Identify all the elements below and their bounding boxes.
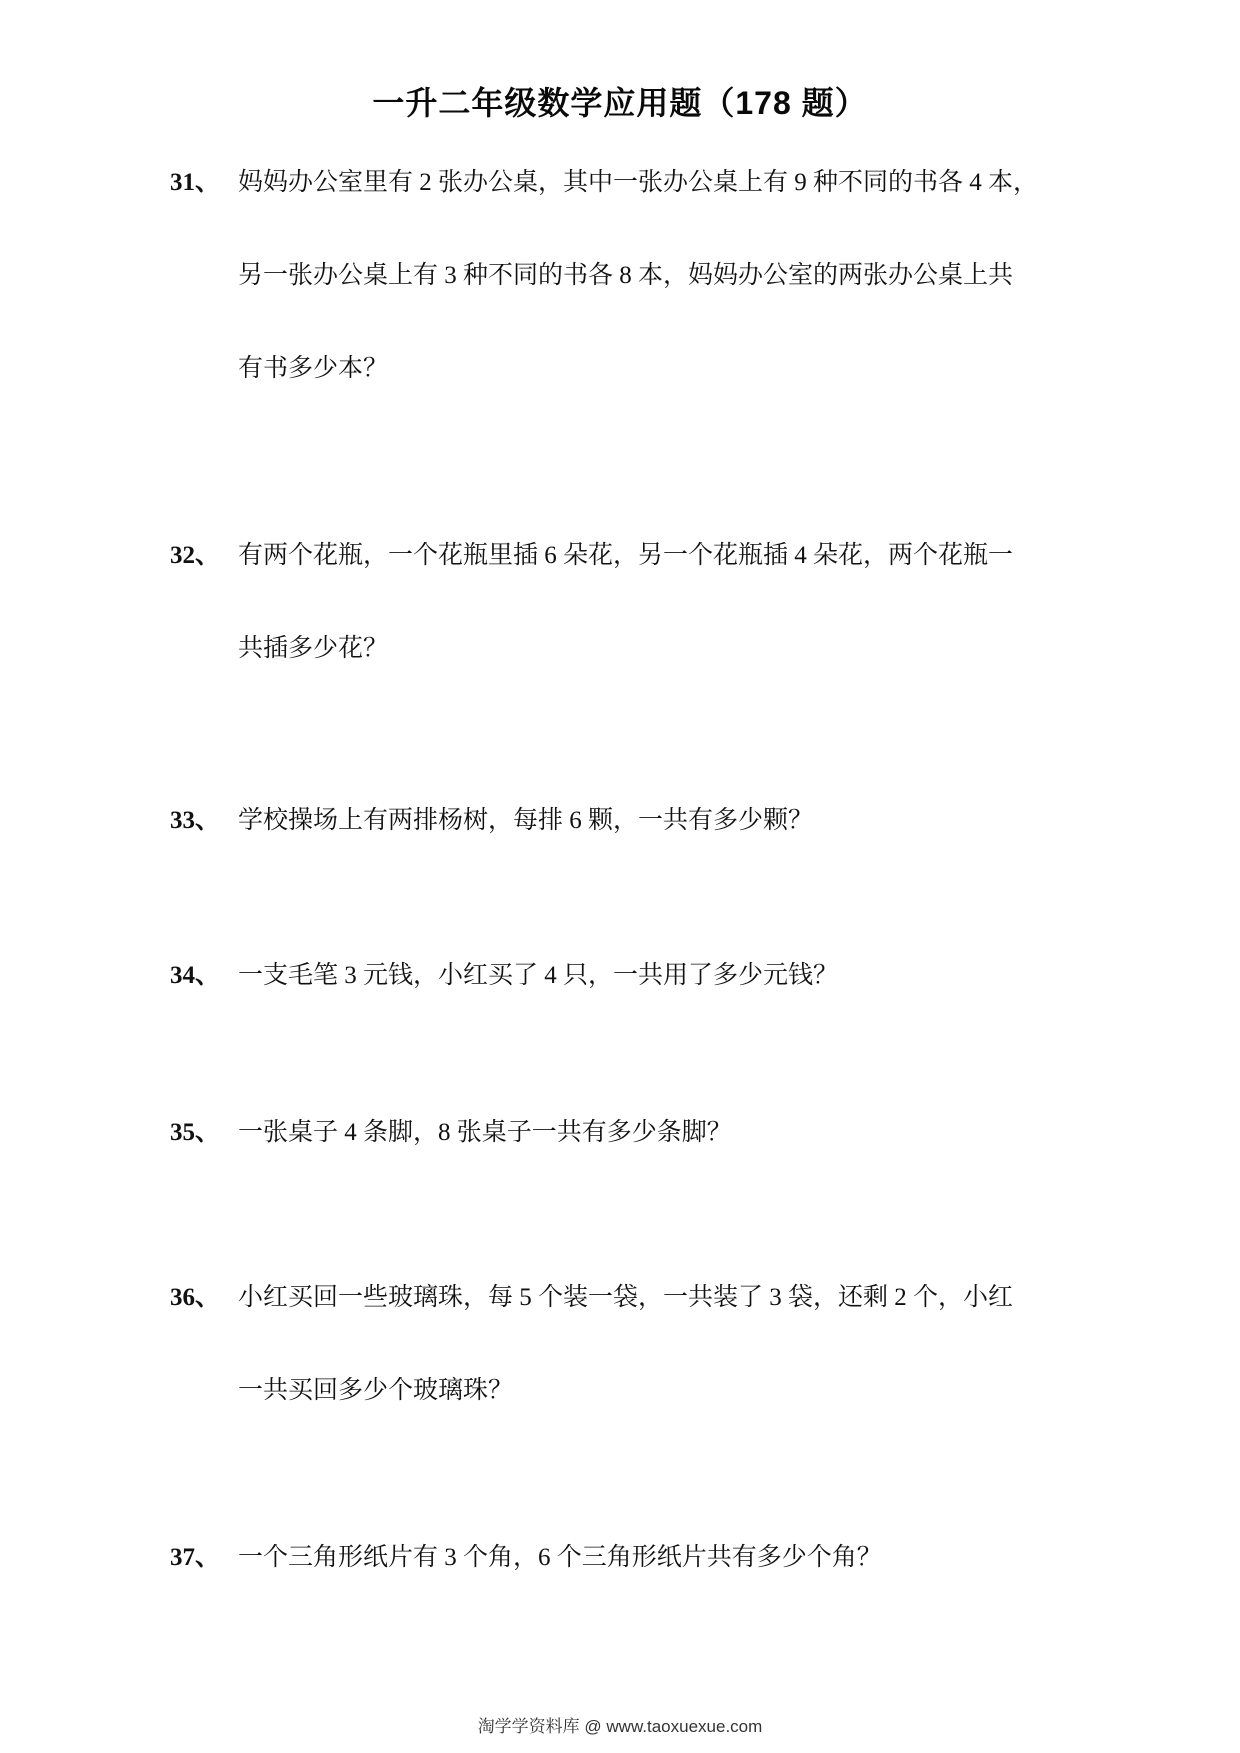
problem-number: 35、: [170, 1086, 238, 1179]
page-title: 一升二年级数学应用题（178 题）: [0, 80, 1240, 126]
problem-text-line: 一个三角形纸片有 3 个角，6 个三角形纸片共有多少个角？: [238, 1511, 1090, 1604]
problem-37: 37、 一个三角形纸片有 3 个角，6 个三角形纸片共有多少个角？: [170, 1511, 1090, 1604]
problem-text: 学校操场上有两排杨树，每排 6 颗，一共有多少颗？: [238, 774, 1090, 867]
footer-watermark: 淘学学资料库 @ www.taoxuexue.com: [0, 1712, 1240, 1737]
problem-text-line: 一支毛笔 3 元钱，小红买了 4 只，一共用了多少元钱？: [238, 929, 1090, 1022]
problem-text-line: 妈妈办公室里有 2 张办公桌，其中一张办公桌上有 9 种不同的书各 4 本，: [238, 136, 1090, 229]
problem-text: 一张桌子 4 条脚，8 张桌子一共有多少条脚？: [238, 1086, 1090, 1179]
problem-number: 32、: [170, 509, 238, 602]
problem-text: 妈妈办公室里有 2 张办公桌，其中一张办公桌上有 9 种不同的书各 4 本， 另…: [238, 136, 1090, 415]
problem-number: 36、: [170, 1251, 238, 1344]
problem-text-line: 另一张办公桌上有 3 种不同的书各 8 本，妈妈办公室的两张办公桌上共: [238, 229, 1090, 322]
problem-text-line: 小红买回一些玻璃珠，每 5 个装一袋，一共装了 3 袋，还剩 2 个，小红: [238, 1251, 1090, 1344]
problem-33: 33、 学校操场上有两排杨树，每排 6 颗，一共有多少颗？: [170, 774, 1090, 867]
problem-34: 34、 一支毛笔 3 元钱，小红买了 4 只，一共用了多少元钱？: [170, 929, 1090, 1022]
problem-32: 32、 有两个花瓶，一个花瓶里插 6 朵花，另一个花瓶插 4 朵花，两个花瓶一 …: [170, 509, 1090, 695]
problem-text-line: 一张桌子 4 条脚，8 张桌子一共有多少条脚？: [238, 1086, 1090, 1179]
problem-35: 35、 一张桌子 4 条脚，8 张桌子一共有多少条脚？: [170, 1086, 1090, 1179]
problem-text-line: 有两个花瓶，一个花瓶里插 6 朵花，另一个花瓶插 4 朵花，两个花瓶一: [238, 509, 1090, 602]
problem-text: 一支毛笔 3 元钱，小红买了 4 只，一共用了多少元钱？: [238, 929, 1090, 1022]
problem-text: 有两个花瓶，一个花瓶里插 6 朵花，另一个花瓶插 4 朵花，两个花瓶一 共插多少…: [238, 509, 1090, 695]
problem-number: 37、: [170, 1511, 238, 1604]
problem-text-line: 一共买回多少个玻璃珠？: [238, 1344, 1090, 1437]
worksheet-page: 一升二年级数学应用题（178 题） 31、 妈妈办公室里有 2 张办公桌，其中一…: [0, 0, 1240, 1753]
problem-number: 34、: [170, 929, 238, 1022]
problem-number: 33、: [170, 774, 238, 867]
problem-text: 小红买回一些玻璃珠，每 5 个装一袋，一共装了 3 袋，还剩 2 个，小红 一共…: [238, 1251, 1090, 1437]
problem-number: 31、: [170, 136, 238, 229]
problem-text-line: 有书多少本？: [238, 322, 1090, 415]
problem-36: 36、 小红买回一些玻璃珠，每 5 个装一袋，一共装了 3 袋，还剩 2 个，小…: [170, 1251, 1090, 1437]
problem-31: 31、 妈妈办公室里有 2 张办公桌，其中一张办公桌上有 9 种不同的书各 4 …: [170, 136, 1090, 415]
problem-list: 31、 妈妈办公室里有 2 张办公桌，其中一张办公桌上有 9 种不同的书各 4 …: [0, 136, 1240, 1604]
problem-text-line: 学校操场上有两排杨树，每排 6 颗，一共有多少颗？: [238, 774, 1090, 867]
problem-text: 一个三角形纸片有 3 个角，6 个三角形纸片共有多少个角？: [238, 1511, 1090, 1604]
problem-text-line: 共插多少花？: [238, 602, 1090, 695]
